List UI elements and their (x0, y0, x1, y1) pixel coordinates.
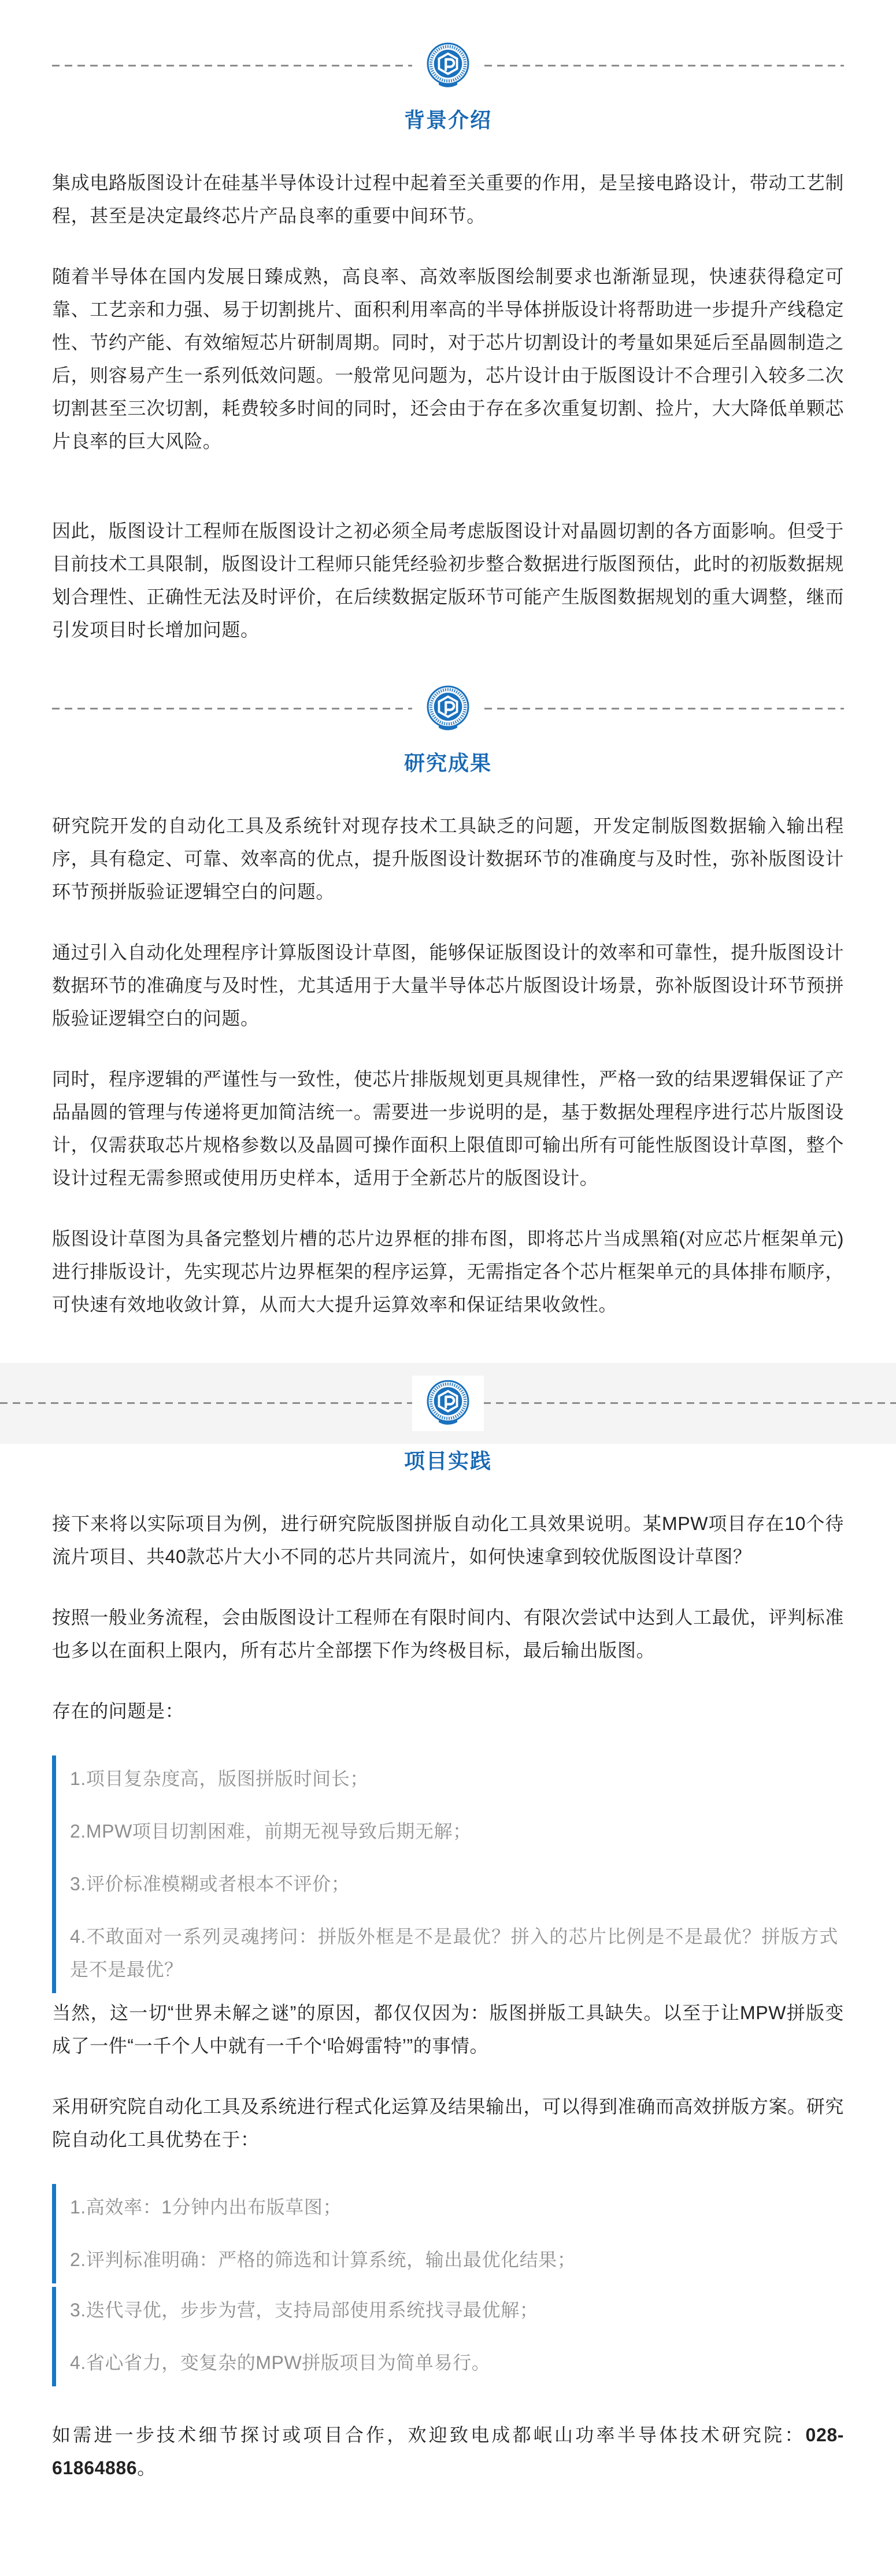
paragraph: 同时，程序逻辑的严谨性与一致性，使芯片排版规划更具规律性，严格一致的结果逻辑保证… (52, 1063, 844, 1195)
paragraph: 通过引入自动化处理程序计算版图设计草图，能够保证版图设计的效率和可靠性，提升版图… (52, 936, 844, 1035)
institute-badge-logo (426, 1379, 470, 1428)
article: 背景介绍集成电路版图设计在硅基半导体设计过程中起着至关重要的作用，是呈接电路设计… (0, 37, 896, 2524)
article-section-2: 研究成果研究院开发的自动化工具及系统针对现存技术工具缺乏的问题，开发定制版图数据… (52, 680, 844, 1321)
paragraph: 研究院开发的自动化工具及系统针对现存技术工具缺乏的问题，开发定制版图数据输入输出… (52, 810, 844, 908)
quote-item: 1.项目复杂度高，版图拼版时间长； (70, 1762, 838, 1795)
logo-box (412, 681, 484, 737)
section-divider (0, 1363, 896, 1444)
paragraph: 按照一般业务流程，会由版图设计工程师在有限时间内、有限次尝试中达到人工最优，评判… (52, 1601, 844, 1667)
text-run: 。 (137, 2457, 156, 2478)
quote-item: 2.MPW项目切割困难，前期无视导致后期无解； (70, 1815, 838, 1848)
article-section-3: 项目实践接下来将以实际项目为例，进行研究院版图拼版自动化工具效果说明。某MPW项… (52, 1363, 844, 2485)
article-section-1: 背景介绍集成电路版图设计在硅基半导体设计过程中起着至关重要的作用，是呈接电路设计… (52, 37, 844, 646)
institute-badge-logo (426, 42, 470, 90)
quote-block: 1.高效率：1分钟内出布版草图；2.评判标准明确：严格的筛选和计算系统，输出最优… (52, 2184, 844, 2283)
paragraph: 如需进一步技术细节探讨或项目合作，欢迎致电成都岷山功率半导体技术研究院：028-… (52, 2419, 844, 2485)
institute-badge-logo (426, 685, 470, 733)
quote-item: 4.省心省力，变复杂的MPW拼版项目为简单易行。 (70, 2346, 838, 2379)
quote-block: 1.项目复杂度高，版图拼版时间长；2.MPW项目切割困难，前期无视导致后期无解；… (52, 1755, 844, 1993)
paragraph: 集成电路版图设计在硅基半导体设计过程中起着至关重要的作用，是呈接电路设计，带动工… (52, 167, 844, 232)
logo-box (412, 1376, 484, 1431)
paragraph: 存在的问题是： (52, 1695, 844, 1728)
section-title: 项目实践 (52, 1448, 844, 1474)
quote-item: 1.高效率：1分钟内出布版草图； (70, 2191, 838, 2224)
paragraph: 随着半导体在国内发展日臻成熟，高良率、高效率版图绘制要求也渐渐显现，快速获得稳定… (52, 260, 844, 458)
section-divider (52, 37, 844, 95)
section-title: 研究成果 (52, 751, 844, 776)
section-divider (52, 680, 844, 738)
section-title: 背景介绍 (52, 108, 844, 133)
quote-item: 2.评判标准明确：严格的筛选和计算系统，输出最优化结果； (70, 2244, 838, 2276)
paragraph: 因此，版图设计工程师在版图设计之初必须全局考虑版图设计对晶圆切割的各方面影响。但… (52, 515, 844, 646)
logo-box (412, 38, 484, 94)
section-body: 集成电路版图设计在硅基半导体设计过程中起着至关重要的作用，是呈接电路设计，带动工… (52, 167, 844, 646)
empty-line (52, 2390, 844, 2419)
empty-line (52, 486, 844, 515)
section-body: 研究院开发的自动化工具及系统针对现存技术工具缺乏的问题，开发定制版图数据输入输出… (52, 810, 844, 1321)
quote-item: 3.评价标准模糊或者根本不评价； (70, 1868, 838, 1901)
quote-block: 3.迭代寻优，步步为营，支持局部使用系统找寻最优解；4.省心省力，变复杂的MPW… (52, 2287, 844, 2386)
paragraph: 当然，这一切“世界未解之谜”的原因，都仅仅因为：版图拼版工具缺失。以至于让MPW… (52, 1997, 844, 2063)
quote-item: 4.不敢面对一系列灵魂拷问：拼版外框是不是最优？拼入的芯片比例是不是最优？拼版方… (70, 1920, 838, 1986)
text-run: 如需进一步技术细节探讨或项目合作，欢迎致电成都岷山功率半导体技术研究院： (52, 2425, 806, 2445)
paragraph: 接下来将以实际项目为例，进行研究院版图拼版自动化工具效果说明。某MPW项目存在1… (52, 1507, 844, 1573)
paragraph: 版图设计草图为具备完整划片槽的芯片边界框的排布图，即将芯片当成黑箱(对应芯片框架… (52, 1222, 844, 1321)
section-body: 接下来将以实际项目为例，进行研究院版图拼版自动化工具效果说明。某MPW项目存在1… (52, 1507, 844, 2485)
paragraph: 采用研究院自动化工具及系统进行程式化运算及结果输出，可以得到准确而高效拼版方案。… (52, 2090, 844, 2156)
quote-item: 3.迭代寻优，步步为营，支持局部使用系统找寻最优解； (70, 2294, 838, 2327)
